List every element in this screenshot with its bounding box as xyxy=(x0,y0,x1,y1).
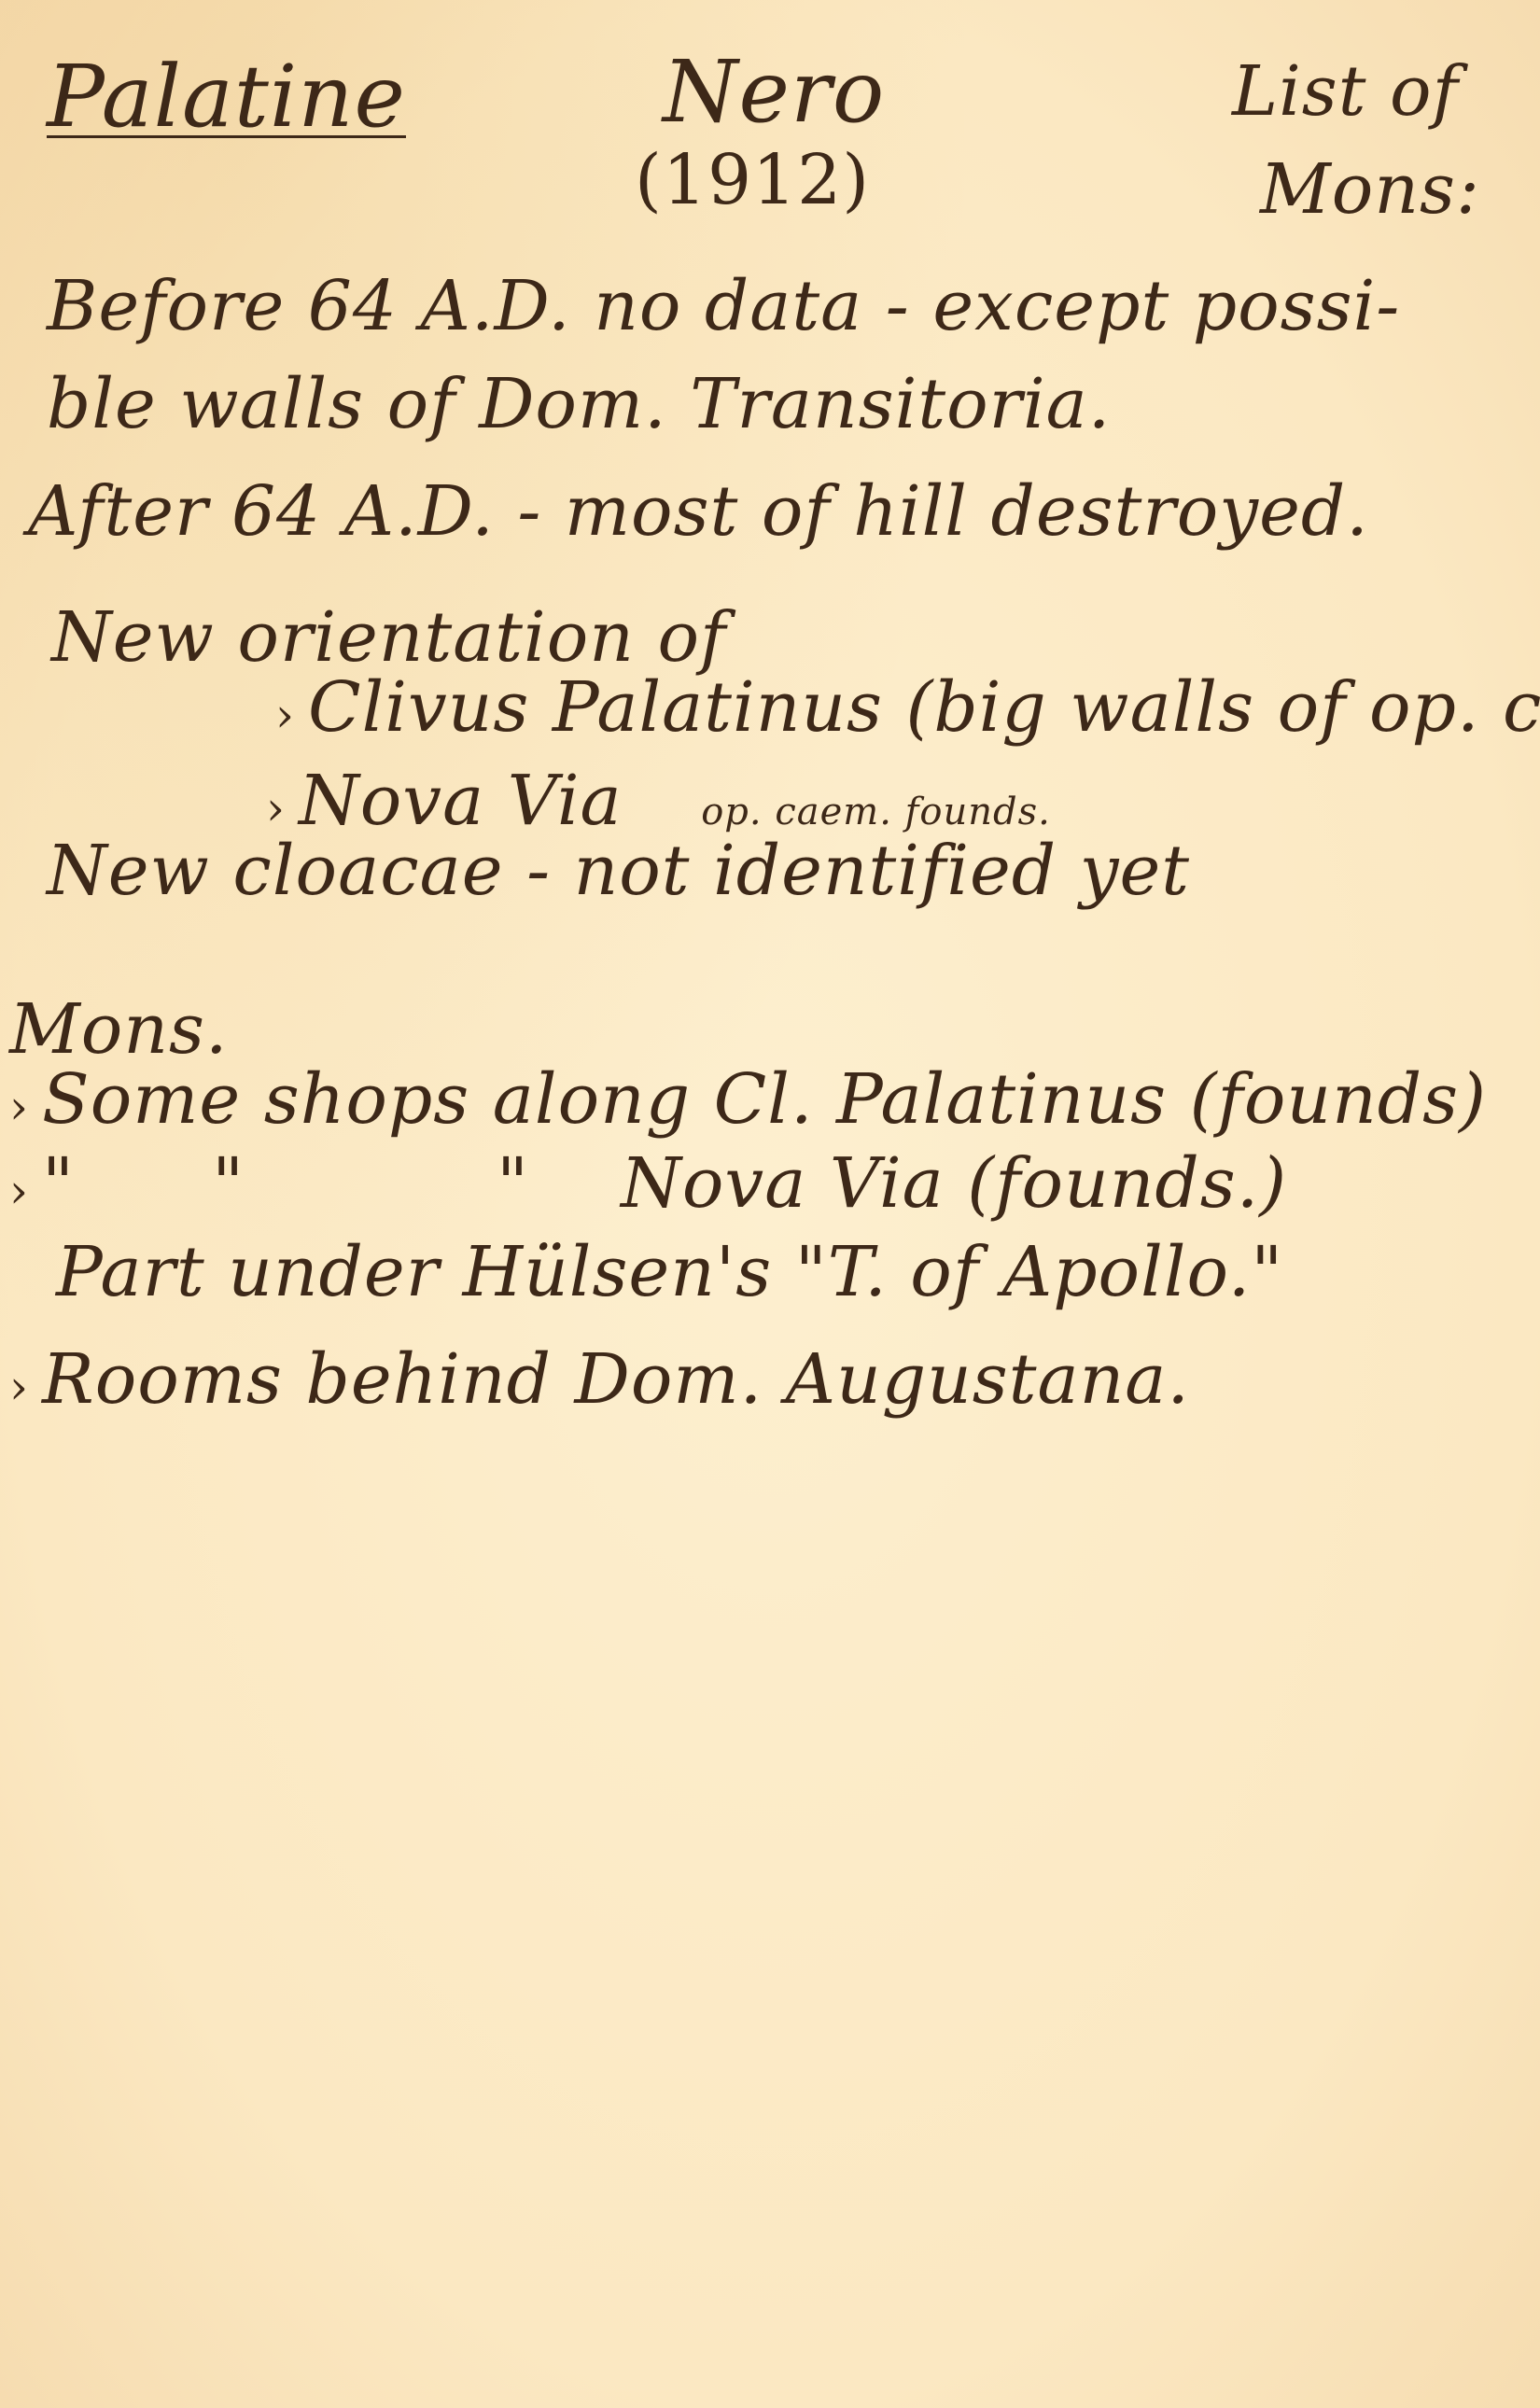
heading-year: (1912) xyxy=(635,140,870,220)
bullet-arrow-icon: › xyxy=(9,1080,29,1134)
heading-mons: Mons: xyxy=(1260,149,1480,230)
bullet-arrow-icon: › xyxy=(9,1164,29,1218)
section-title-mons: Mons. xyxy=(9,989,228,1070)
line-before-64: Before 64 A.D. no data - except possi- xyxy=(47,266,1400,346)
line-after-64: After 64 A.D. - most of hill destroyed. xyxy=(28,471,1369,552)
heading-list-of: List of xyxy=(1232,51,1459,132)
line-clivus-palatinus: ›Clivus Palatinus (big walls of op. caem… xyxy=(275,667,1540,748)
mons-item: ›Rooms behind Dom. Augustana. xyxy=(9,1339,1190,1420)
line-nova-via: ›Nova Via op. caem. founds. xyxy=(266,761,1051,841)
note-card: Palatine Nero (1912) List of Mons: Befor… xyxy=(0,0,1540,2408)
mons-item: ›Some shops along Cl. Palatinus (founds) xyxy=(9,1059,1487,1140)
heading-nero: Nero xyxy=(663,42,885,142)
mons-item: ›" " " Nova Via (founds.) xyxy=(9,1143,1287,1224)
bullet-arrow-icon: › xyxy=(9,1360,29,1414)
bullet-arrow-icon: › xyxy=(266,781,286,835)
note-op-caem: op. caem. founds. xyxy=(701,791,1051,833)
bullet-arrow-icon: › xyxy=(275,688,295,742)
mons-item: Part under Hülsen's "T. of Apollo." xyxy=(56,1232,1283,1312)
line-walls-transitoria: ble walls of Dom. Transitoria. xyxy=(47,364,1111,444)
line-new-orientation: New orientation of xyxy=(51,597,726,678)
line-new-cloacae: New cloacae - not identified yet xyxy=(47,831,1190,911)
heading-palatine: Palatine xyxy=(47,47,406,147)
